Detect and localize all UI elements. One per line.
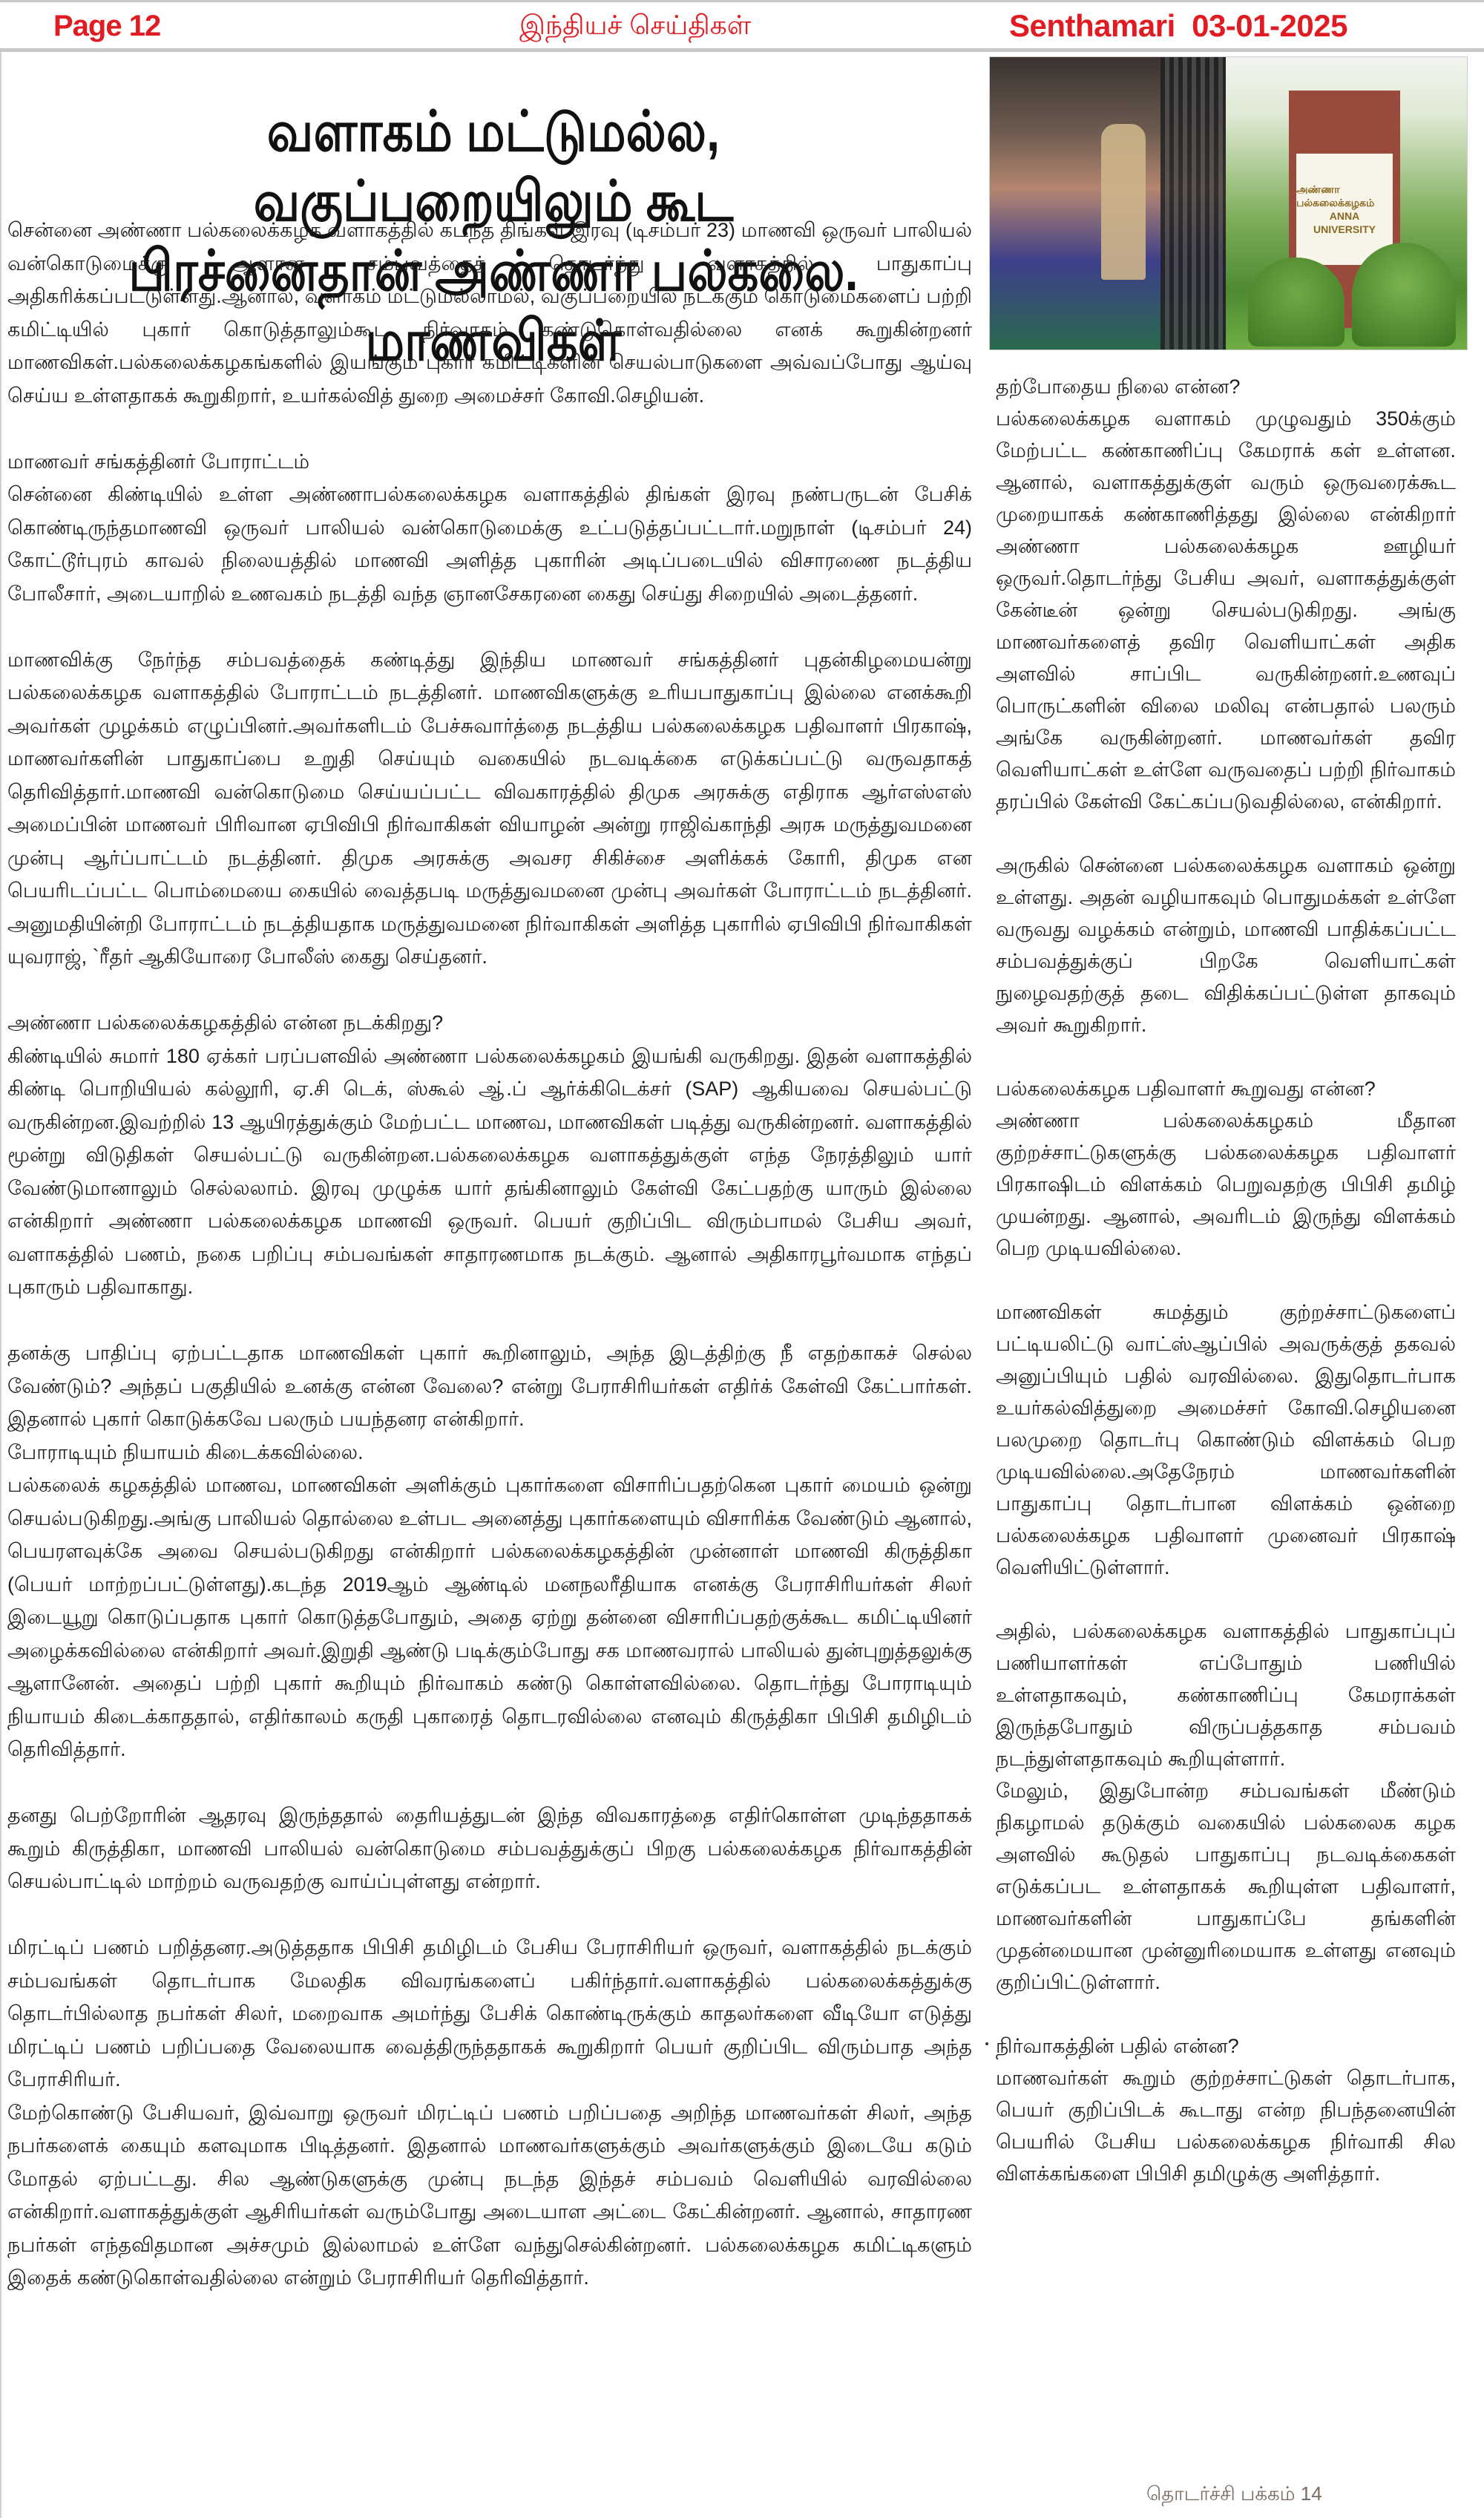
bush: [1248, 258, 1345, 347]
paragraph: பல்கலைக் கழகத்தில் மாணவ, மாணவிகள் அளிக்க…: [7, 1469, 972, 1766]
right-column: தற்போதைய நிலை என்ன? பல்கலைக்கழக வளாகம் ம…: [996, 371, 1456, 2190]
subheading: நிர்வாகத்தின் பதில் என்ன?: [996, 2030, 1456, 2062]
paragraph: அருகில் சென்னை பல்கலைக்கழக வளாகம் ஒன்று …: [996, 850, 1456, 1041]
page-number: Page 12: [53, 10, 160, 43]
newspaper-name-date: Senthamari 03-01-2025: [1009, 8, 1347, 44]
paragraph: கிண்டியில் சுமார் 180 ஏக்கர் பரப்பளவில் …: [7, 1040, 972, 1304]
subheading: பல்கலைக்கழக பதிவாளர் கூறுவது என்ன?: [996, 1073, 1456, 1105]
left-column: சென்னை அண்ணா பல்கலைக்கழக வளாகத்தில் கடந்…: [7, 214, 972, 2295]
continued-on-page: தொடர்ச்சி பக்கம் 14: [1146, 2482, 1322, 2508]
subheading: மாணவர் சங்கத்தினர் போராட்டம்: [7, 445, 972, 479]
subheading: தற்போதைய நிலை என்ன?: [996, 371, 1456, 403]
paragraph: சென்னை கிண்டியில் உள்ள அண்ணாபல்கலைக்கழக …: [7, 478, 972, 610]
subheading: அண்ணா பல்கலைக்கழகத்தில் என்ன நடக்கிறது?: [7, 1006, 972, 1040]
paragraph: அண்ணா பல்கலைக்கழகம் மீதான குற்றச்சாட்டுக…: [996, 1105, 1456, 1265]
bush: [1352, 243, 1456, 347]
subheading: போராடியும் நியாயம் கிடைக்கவில்லை.: [7, 1436, 972, 1469]
sign-text-tamil: அண்ணா பல்கலைக்கழகம்: [1296, 183, 1393, 209]
section-title: இந்தியச் செய்திகள்: [519, 10, 751, 45]
paragraph: மேலும், இதுபோன்ற சம்பவங்கள் மீண்டும் நிக…: [996, 1775, 1456, 1999]
signboard: அண்ணா பல்கலைக்கழகம் ANNA UNIVERSITY: [1296, 154, 1393, 265]
university-sign-photo: அண்ணா பல்கலைக்கழகம் ANNA UNIVERSITY: [1226, 57, 1467, 350]
paragraph: மிரட்டிப் பணம் பறித்தனர.அடுத்ததாக பிபிசி…: [7, 1931, 972, 2096]
paragraph: பல்கலைக்கழக வளாகம் முழுவதும் 350க்கும் ம…: [996, 403, 1456, 818]
page-margin-rule: [0, 52, 1, 2518]
paragraph: அதில், பல்கலைக்கழக வளாகத்தில் பாதுகாப்பு…: [996, 1616, 1456, 1775]
stray-mark: [985, 2042, 988, 2045]
paragraph: மேற்கொண்டு பேசியவர், இவ்வாறு ஒருவர் மிரட…: [7, 2096, 972, 2295]
paragraph: மாணவிக்கு நேர்ந்த சம்பவத்தைக் கண்டித்து …: [7, 643, 972, 974]
article-photo: அண்ணா பல்கலைக்கழகம் ANNA UNIVERSITY: [989, 56, 1468, 350]
protest-photo: [990, 57, 1226, 350]
paragraph: தனது பெற்றோரின் ஆதரவு இருந்ததால் தைரியத்…: [7, 1799, 972, 1898]
paragraph: சென்னை அண்ணா பல்கலைக்கழக வளாகத்தில் கடந்…: [7, 214, 972, 412]
paragraph: தனக்கு பாதிப்பு ஏற்பட்டதாக மாணவிகள் புகா…: [7, 1337, 972, 1436]
paragraph: மாணவிகள் சுமத்தும் குற்றச்சாட்டுகளைப் பட…: [996, 1296, 1456, 1584]
paragraph: மாணவர்கள் கூறும் குற்றச்சாட்டுகள் தொடர்ப…: [996, 2062, 1456, 2190]
sign-text-en-2: UNIVERSITY: [1313, 223, 1376, 236]
sign-text-en-1: ANNA: [1330, 209, 1359, 223]
page-header: Page 12 இந்தியச் செய்திகள் Senthamari 03…: [0, 0, 1484, 52]
